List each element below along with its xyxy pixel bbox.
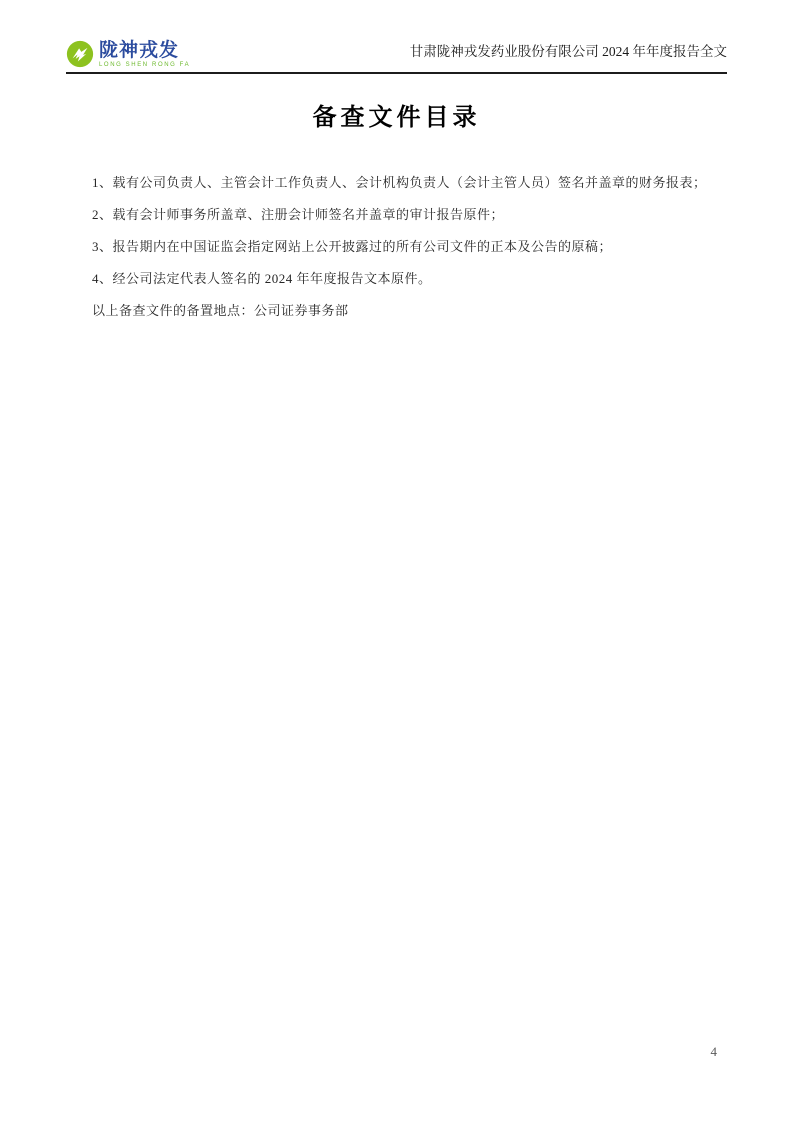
report-page: 陇神戎发 LONG SHEN RONG FA 甘肃陇神戎发药业股份有限公司 20… [0, 0, 793, 1122]
logo-text-block: 陇神戎发 LONG SHEN RONG FA [99, 41, 190, 68]
list-item: 3、报告期内在中国证监会指定网站上公开披露过的所有公司文件的正本及公告的原稿； [66, 240, 727, 253]
section-title: 备查文件目录 [66, 102, 727, 133]
longshen-rongfa-logo-icon [66, 40, 94, 68]
page-number: 4 [711, 1044, 718, 1060]
page-content: 备查文件目录 1、载有公司负责人、主管会计工作负责人、会计机构负责人（会计主管人… [66, 102, 727, 317]
logo-company-name-pinyin: LONG SHEN RONG FA [99, 62, 190, 68]
company-logo: 陇神戎发 LONG SHEN RONG FA [66, 40, 190, 68]
location-note: 以上备查文件的备置地点：公司证券事务部 [66, 304, 727, 317]
list-item: 2、载有会计师事务所盖章、注册会计师签名并盖章的审计报告原件； [66, 208, 727, 221]
logo-company-name: 陇神戎发 [99, 41, 190, 60]
list-item: 4、经公司法定代表人签名的 2024 年年度报告文本原件。 [66, 272, 727, 285]
page-header: 陇神戎发 LONG SHEN RONG FA 甘肃陇神戎发药业股份有限公司 20… [66, 0, 727, 74]
list-item: 1、载有公司负责人、主管会计工作负责人、会计机构负责人（会计主管人员）签名并盖章… [66, 176, 727, 189]
reference-document-list: 1、载有公司负责人、主管会计工作负责人、会计机构负责人（会计主管人员）签名并盖章… [66, 176, 727, 317]
header-doc-title: 甘肃陇神戎发药业股份有限公司 2024 年年度报告全文 [410, 40, 727, 60]
